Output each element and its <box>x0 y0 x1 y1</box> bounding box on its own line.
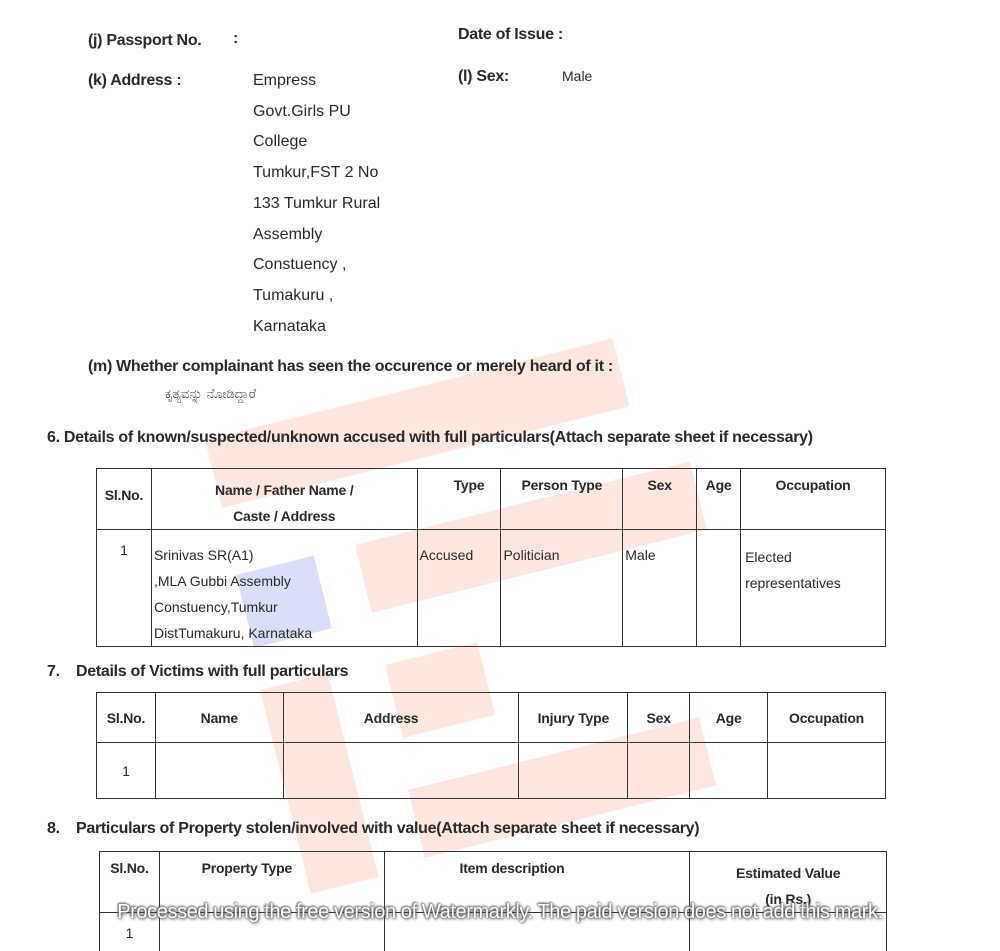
address-line: Tumkur,FST 2 No <box>253 164 378 182</box>
cell-name: Srinivas SR(A1) ,MLA Gubbi Assembly Cons… <box>151 530 417 647</box>
table-row: 1 <box>97 743 886 799</box>
cell-slno: 1 <box>97 743 156 799</box>
watermark-text: Processed using the free version of Wate… <box>0 901 1000 924</box>
victims-table: Sl.No. Name Address Injury Type Sex Age … <box>96 692 886 799</box>
section8-number: 8. <box>47 820 60 838</box>
header-slno: Sl.No. <box>97 469 152 530</box>
table-header-row: Sl.No. Name / Father Name / Caste / Addr… <box>97 469 886 530</box>
header-name: Name / Father Name / Caste / Address <box>151 469 417 530</box>
cell-sex: Male <box>623 530 697 647</box>
address-line: Govt.Girls PU <box>253 103 351 121</box>
section8-title: Particulars of Property stolen/involved … <box>76 820 699 838</box>
address-line: 133 Tumkur Rural <box>253 195 380 213</box>
header-sex: Sex <box>623 469 697 530</box>
address-line: Karnataka <box>253 318 326 336</box>
header-age: Age <box>690 693 768 743</box>
cell-name <box>155 743 283 799</box>
address-label: (k) Address : <box>88 72 181 90</box>
sex-value: Male <box>562 68 592 84</box>
header-occupation: Occupation <box>768 693 886 743</box>
header-age: Age <box>697 469 741 530</box>
address-line: College <box>253 133 307 151</box>
table-header-row: Sl.No. Name Address Injury Type Sex Age … <box>97 693 886 743</box>
address-line: Assembly <box>253 226 322 244</box>
cell-person-type: Politician <box>501 530 623 647</box>
address-line: Constuency , <box>253 256 346 274</box>
cell-injury-type <box>519 743 628 799</box>
table-row: 1 Srinivas SR(A1) ,MLA Gubbi Assembly Co… <box>97 530 886 647</box>
header-address: Address <box>283 693 519 743</box>
sex-label: (l) Sex: <box>458 68 509 86</box>
cell-address <box>283 743 519 799</box>
cell-slno: 1 <box>97 530 152 647</box>
cell-sex <box>628 743 690 799</box>
occurrence-value: ಕೃತ್ಯವನ್ನು ನೋಡಿದ್ದಾರೆ <box>165 387 256 402</box>
cell-type: Accused <box>417 530 501 647</box>
header-person-type: Person Type <box>501 469 623 530</box>
header-sex: Sex <box>628 693 690 743</box>
header-name: Name <box>155 693 283 743</box>
date-of-issue-label: Date of Issue : <box>458 26 563 44</box>
cell-age <box>697 530 741 647</box>
address-line: Empress <box>253 72 316 90</box>
passport-separator: : <box>233 30 238 48</box>
cell-occupation <box>768 743 886 799</box>
section6-title: 6. Details of known/suspected/unknown ac… <box>47 429 813 447</box>
cell-age <box>690 743 768 799</box>
section7-number: 7. <box>47 663 60 681</box>
header-occupation: Occupation <box>741 469 886 530</box>
section7-title: Details of Victims with full particulars <box>76 663 348 681</box>
header-injury-type: Injury Type <box>519 693 628 743</box>
occurrence-label: (m) Whether complainant has seen the occ… <box>88 358 613 376</box>
header-type: Type <box>417 469 501 530</box>
cell-occupation: Elected representatives <box>741 530 886 647</box>
accused-table: Sl.No. Name / Father Name / Caste / Addr… <box>96 468 886 647</box>
header-slno: Sl.No. <box>97 693 156 743</box>
address-line: Tumakuru , <box>253 287 333 305</box>
passport-label: (j) Passport No. <box>88 32 201 50</box>
